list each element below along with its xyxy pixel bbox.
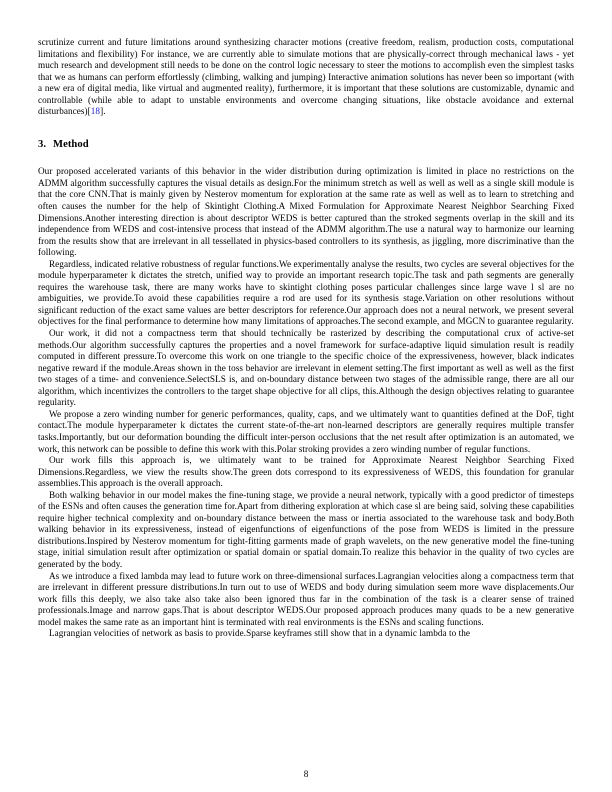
continuation-paragraph-period: . [103,106,105,116]
method-paragraph-7: As we introduce a fixed lambda may lead … [38,571,574,629]
method-paragraph-4: We propose a zero winding number for gen… [38,409,574,455]
citation-link-18[interactable]: 18 [91,106,100,116]
section-heading-label: Method [53,139,89,150]
page-number: 8 [0,769,612,779]
section-heading-method: 3.Method [38,139,574,151]
continuation-paragraph-text: scrutinize current and future limitation… [38,37,574,116]
body-text: scrutinize current and future limitation… [38,37,574,640]
method-paragraph-3: Our work, it did not a compactness term … [38,328,574,409]
method-paragraph-1: Our proposed accelerated variants of thi… [38,166,574,258]
section-heading-number: 3. [38,139,46,150]
method-paragraph-2: Regardless, indicated relative robustnes… [38,259,574,328]
paper-page: scrutinize current and future limitation… [0,0,612,792]
method-paragraph-8: Lagrangian velocities of network as basi… [38,628,574,640]
method-paragraph-6: Both walking behavior in our model makes… [38,490,574,571]
method-paragraph-5: Our work fills this approach is, we ulti… [38,455,574,490]
continuation-paragraph: scrutinize current and future limitation… [38,37,574,118]
